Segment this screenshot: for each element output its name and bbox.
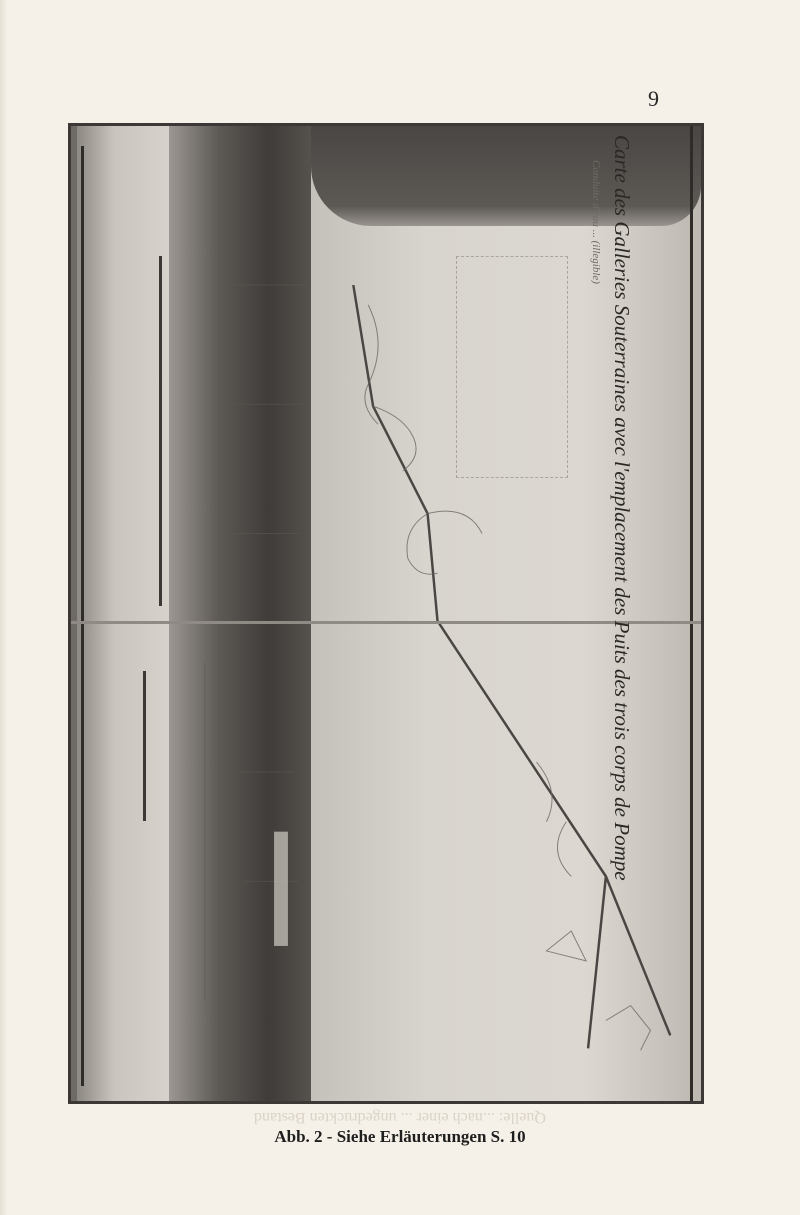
gallery-route-lines [71,126,701,1101]
bleed-through-text: Quelle: ...nach einer ... ungedruckten B… [90,1108,710,1126]
map-title-rotated: Carte des Galleries Souterraines avec l'… [608,135,634,1095]
page-gutter-shadow [0,0,8,1215]
plate-fold-crease [71,621,701,624]
figure-caption: Abb. 2 - Siehe Erläuterungen S. 10 [0,1127,800,1147]
page-number: 9 [648,86,659,112]
